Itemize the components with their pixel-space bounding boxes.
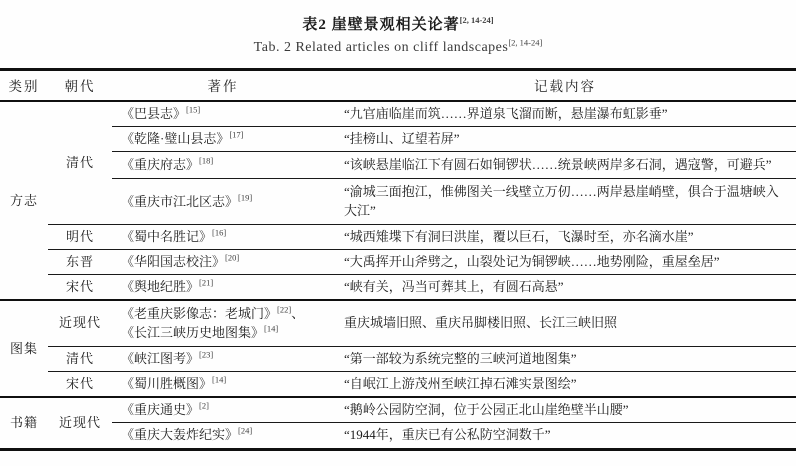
dynasty-cell: 宋代 [48,371,112,397]
work-title: 《重庆大轰炸纪实》 [121,427,238,442]
work-title: 《重庆府志》 [121,157,199,172]
work-title: 《巴县志》 [121,106,186,121]
work-reference: [21] [199,278,213,288]
work-title: 《蜀中名胜记》 [121,229,212,244]
content-cell: “挂榜山、辽望若屏” [334,127,796,152]
category-cell-fangzhi: 方志 [0,101,48,301]
work-reference: [24] [238,426,252,436]
work-cell: 《老重庆影像志：老城门》[22]、《长江三峡历史地图集》[14] [112,300,334,346]
work-cell: 《重庆通史》[2] [112,397,334,423]
table-row: 《重庆府志》[18] “该峡悬崖临江下有圆石如铜锣状……统景峡两岸多石洞，遇寇警… [0,152,796,179]
table-caption-en-text: Tab. 2 Related articles on cliff landsca… [254,40,509,55]
work-reference: [23] [199,349,213,359]
table-row: 《重庆市江北区志》[19] “渝城三面抱江，惟佛图关一线壁立万仞……两岸悬崖峭壁… [0,179,796,224]
work-reference: [19] [238,192,252,202]
content-cell: “峡有关，冯当可葬其上，有圆石高悬” [334,275,796,301]
dynasty-cell: 近现代 [48,397,112,449]
cliff-landscape-articles-table: 类别 朝代 著作 记载内容 方志 清代 《巴县志》[15] “九官庙临崖而筑……… [0,68,796,451]
dynasty-cell: 明代 [48,224,112,249]
work-title: 《蜀川胜概图》 [121,376,212,391]
work-title: 《重庆通史》 [121,402,199,417]
work-cell: 《乾隆·璧山县志》[17] [112,127,334,152]
work-cell: 《重庆府志》[18] [112,152,334,179]
content-cell: “渝城三面抱江，惟佛图关一线壁立万仞……两岸悬崖峭壁，俱合于温塘峡入大江” [334,179,796,224]
table-row: 宋代 《蜀川胜概图》[14] “自岷江上游茂州至峡江掉石滩实景图绘” [0,371,796,397]
table-row: 《乾隆·璧山县志》[17] “挂榜山、辽望若屏” [0,127,796,152]
work-cell: 《峡江图考》[23] [112,346,334,371]
content-cell: “第一部较为系统完整的三峡河道地图集” [334,346,796,371]
table-body: 方志 清代 《巴县志》[15] “九官庙临崖而筑……界道泉飞溜而断，悬崖瀑布虹影… [0,101,796,449]
work-reference: [14] [264,323,278,333]
caption-zh-reference: [2, 14-24] [460,15,494,25]
work-cell: 《重庆市江北区志》[19] [112,179,334,224]
dynasty-cell: 宋代 [48,275,112,301]
work-reference: [15] [186,105,200,115]
work-reference: [17] [229,130,243,140]
content-cell: “1944年，重庆已有公私防空洞数千” [334,423,796,449]
content-cell: “九官庙临崖而筑……界道泉飞溜而断，悬崖瀑布虹影垂” [334,101,796,127]
content-cell: “城西雉堞下有洞曰洪崖，覆以巨石，飞瀑时至，亦名滴水崖” [334,224,796,249]
work-reference: [16] [212,228,226,238]
header-content: 记载内容 [334,69,796,101]
header-row: 类别 朝代 著作 记载内容 [0,69,796,101]
content-cell: “鹅岭公园防空洞，位于公园正北山崖绝壁半山腰” [334,397,796,423]
table-caption-en: Tab. 2 Related articles on cliff landsca… [0,37,796,59]
work-reference: [14] [212,375,226,385]
work-title: 《华阳国志校注》 [121,254,225,269]
work-cell: 《蜀中名胜记》[16] [112,224,334,249]
table-row: 书籍 近现代 《重庆通史》[2] “鹅岭公园防空洞，位于公园正北山崖绝壁半山腰” [0,397,796,423]
dynasty-cell: 东晋 [48,250,112,275]
table-caption: 表2 崖壁景观相关论著[2, 14-24] Tab. 2 Related art… [0,14,796,59]
header-work: 著作 [112,69,334,101]
table-row: 《重庆大轰炸纪实》[24] “1944年，重庆已有公私防空洞数千” [0,423,796,449]
work-title: 《舆地纪胜》 [121,279,199,294]
work-cell: 《华阳国志校注》[20] [112,250,334,275]
table-row: 东晋 《华阳国志校注》[20] “大禹挥开山斧劈之，山裂处记为铜锣峡……地势刚险… [0,250,796,275]
header-category: 类别 [0,69,48,101]
content-cell: 重庆城墙旧照、重庆吊脚楼旧照、长江三峡旧照 [334,300,796,346]
content-cell: “该峡悬崖临江下有圆石如铜锣状……统景峡两岸多石洞，遇寇警，可避兵” [334,152,796,179]
work-cell: 《巴县志》[15] [112,101,334,127]
work-title: 《重庆市江北区志》 [121,194,238,209]
dynasty-cell: 清代 [48,101,112,224]
work-title: 《长江三峡历史地图集》 [121,325,264,340]
work-title: 《峡江图考》 [121,351,199,366]
table-header: 类别 朝代 著作 记载内容 [0,69,796,101]
dynasty-cell: 近现代 [48,300,112,346]
work-reference: [18] [199,156,213,166]
work-cell: 《舆地纪胜》[21] [112,275,334,301]
table-caption-zh: 表2 崖壁景观相关论著[2, 14-24] [0,14,796,37]
table-row: 明代 《蜀中名胜记》[16] “城西雉堞下有洞曰洪崖，覆以巨石，飞瀑时至，亦名滴… [0,224,796,249]
category-cell-tuji: 图集 [0,300,48,397]
work-separator: 、 [291,306,304,321]
content-cell: “自岷江上游茂州至峡江掉石滩实景图绘” [334,371,796,397]
table-row: 清代 《峡江图考》[23] “第一部较为系统完整的三峡河道地图集” [0,346,796,371]
work-reference: [22] [277,305,291,315]
table-row: 图集 近现代 《老重庆影像志：老城门》[22]、《长江三峡历史地图集》[14] … [0,300,796,346]
work-cell: 《重庆大轰炸纪实》[24] [112,423,334,449]
table-caption-zh-text: 表2 崖壁景观相关论著 [302,17,459,33]
table-row: 方志 清代 《巴县志》[15] “九官庙临崖而筑……界道泉飞溜而断，悬崖瀑布虹影… [0,101,796,127]
paper-page: 表2 崖壁景观相关论著[2, 14-24] Tab. 2 Related art… [0,0,796,466]
header-dynasty: 朝代 [48,69,112,101]
caption-en-reference: [2, 14-24] [508,37,542,47]
table-row: 宋代 《舆地纪胜》[21] “峡有关，冯当可葬其上，有圆石高悬” [0,275,796,301]
work-reference: [2] [199,401,209,411]
work-title: 《乾隆·璧山县志》 [121,131,229,146]
work-reference: [20] [225,253,239,263]
work-title: 《老重庆影像志：老城门》 [121,306,277,321]
content-cell: “大禹挥开山斧劈之，山裂处记为铜锣峡……地势刚险，重屋垒居” [334,250,796,275]
dynasty-cell: 清代 [48,346,112,371]
category-cell-shuji: 书籍 [0,397,48,449]
work-cell: 《蜀川胜概图》[14] [112,371,334,397]
